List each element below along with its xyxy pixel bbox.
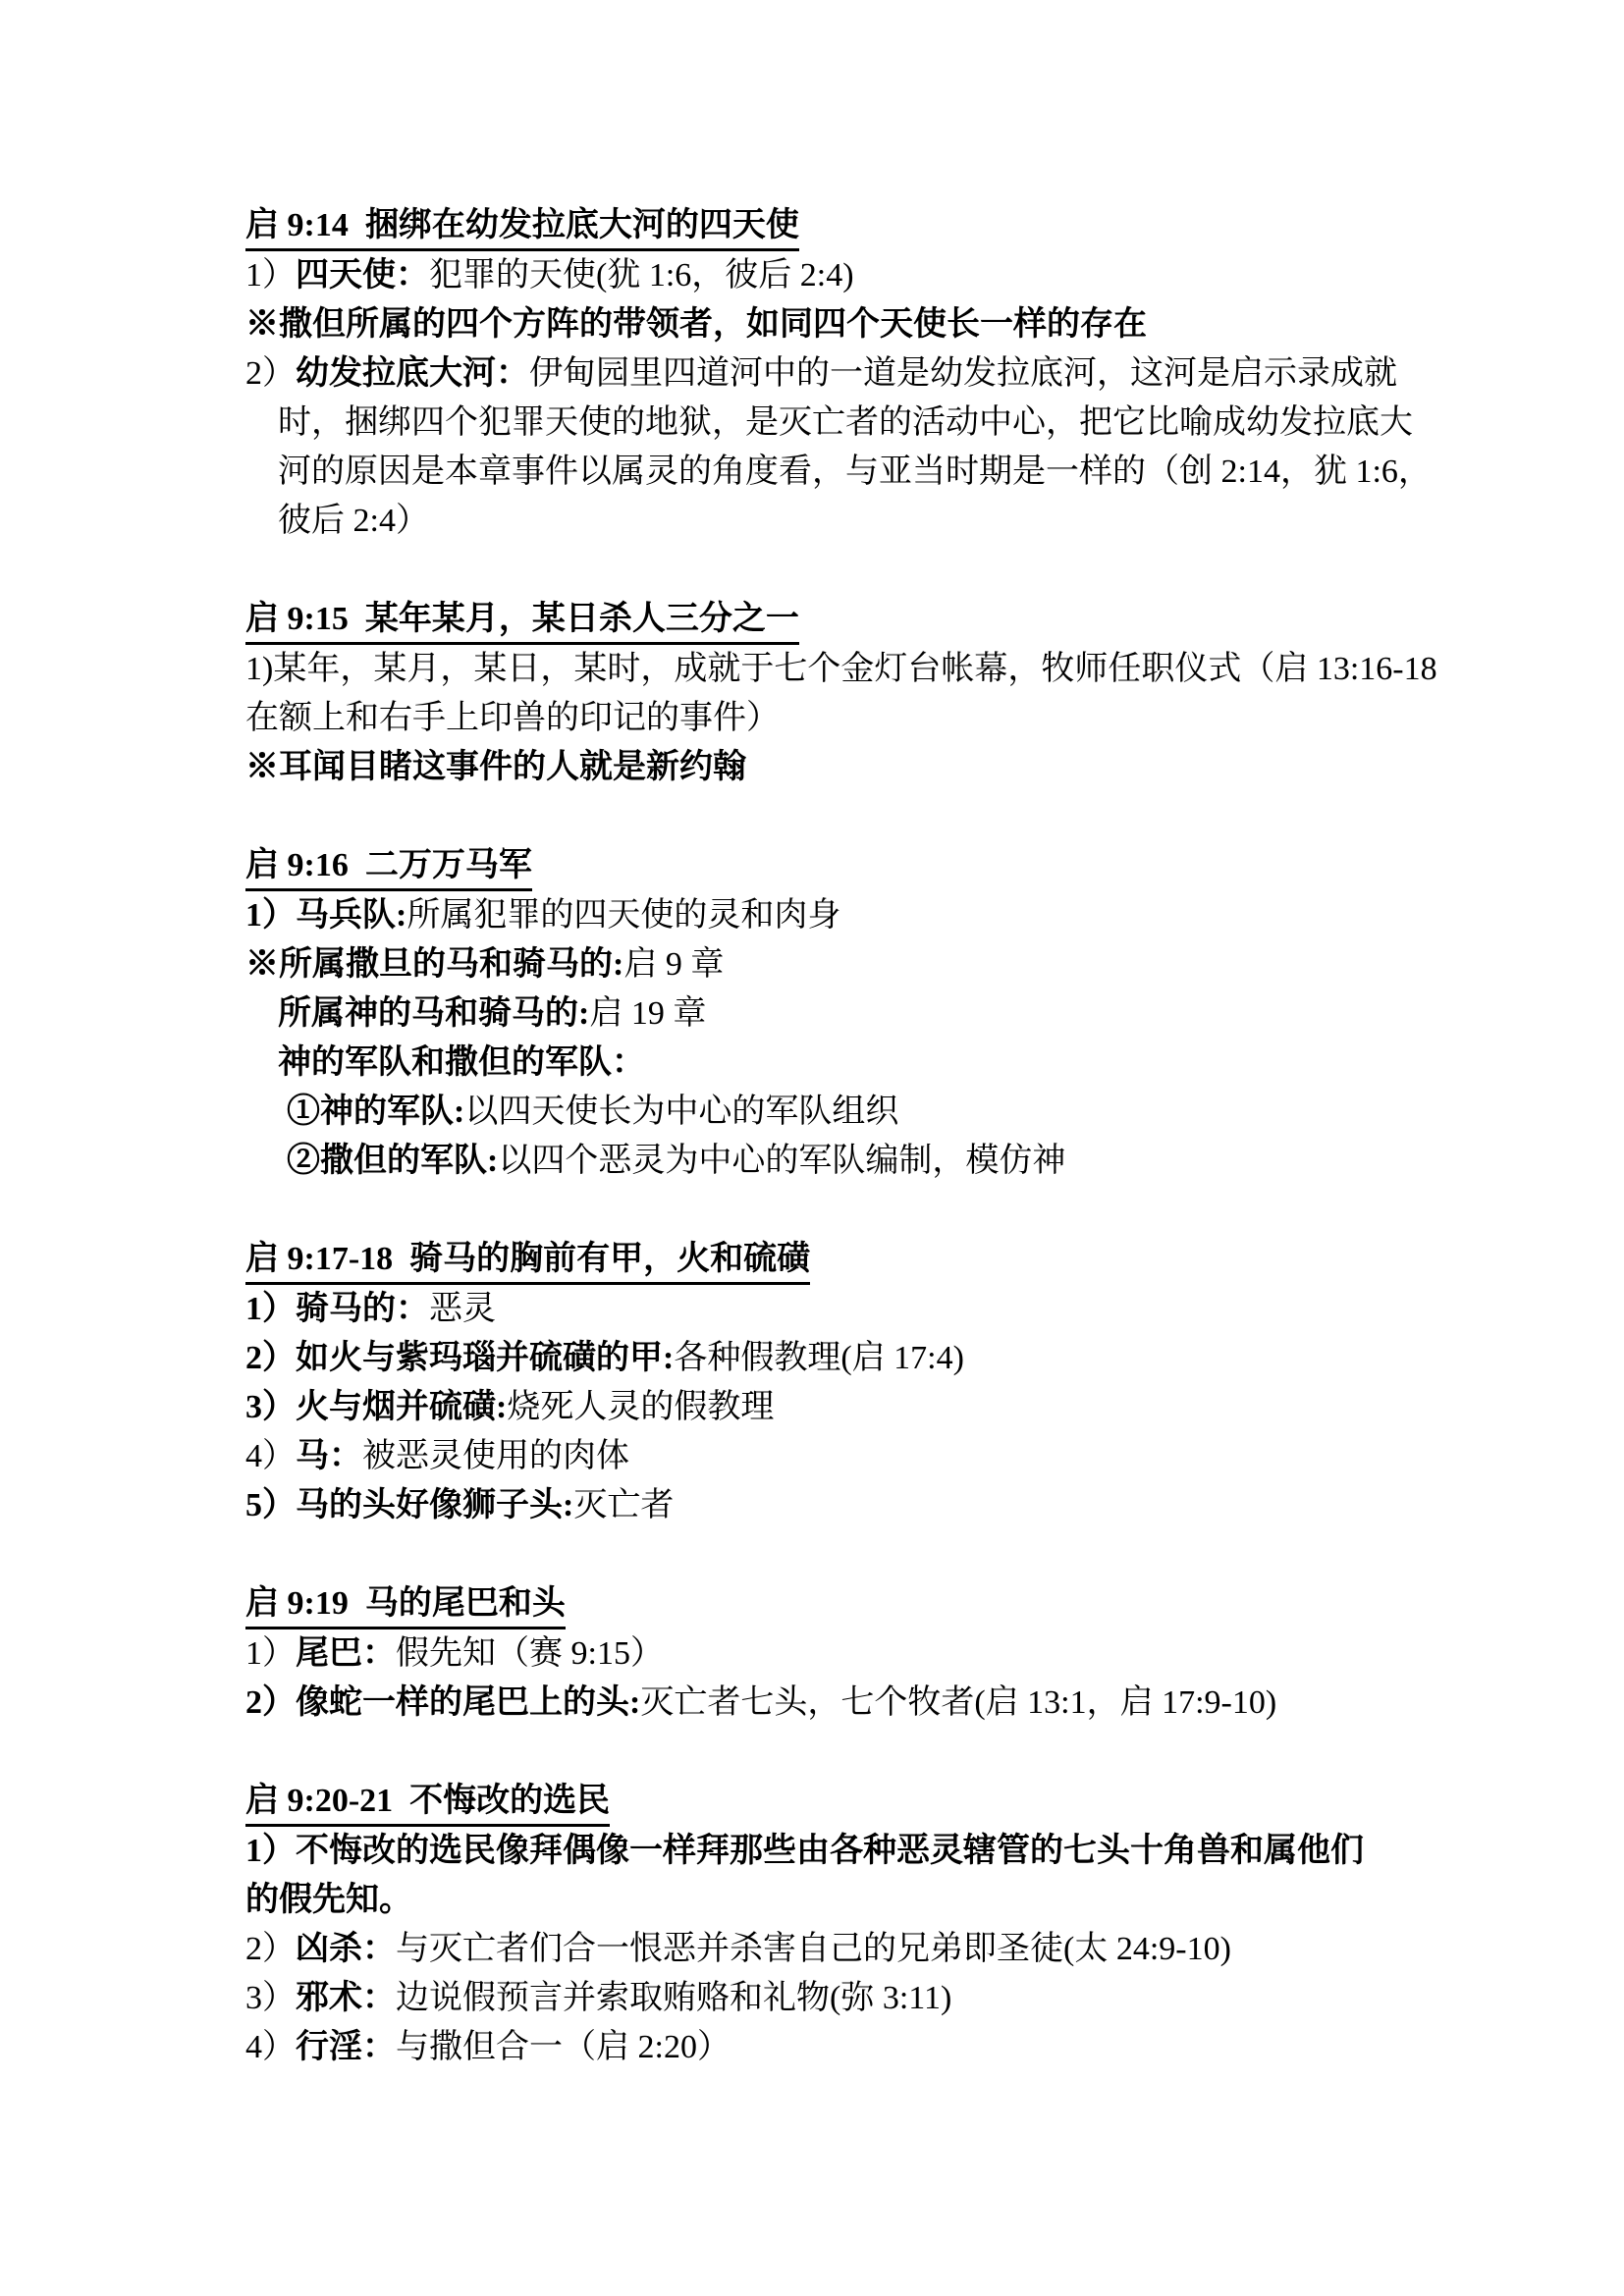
label-segment: ①神的军队:	[287, 1094, 464, 1130]
text-segment: 1）	[245, 1635, 296, 1672]
text-segment: 4）	[245, 1438, 296, 1474]
text-segment: 被恶灵使用的肉体	[362, 1438, 629, 1474]
text-segment: 以四天使长为中心的军队组织	[464, 1094, 898, 1130]
text-line: 时，捆绑四个犯罪天使的地狱，是灭亡者的活动中心，把它比喻成幼发拉底大	[245, 399, 1434, 448]
text-segment: 所属犯罪的四天使的灵和肉身	[406, 897, 840, 934]
text-line: 1)某年，某月，某日，某时，成就于七个金灯台帐幕，牧师任职仪式（启 13:16-…	[245, 645, 1434, 694]
text-line: 1）马兵队:所属犯罪的四天使的灵和肉身	[245, 891, 1434, 940]
label-segment: 1）不悔改的选民像拜偶像一样拜那些由各种恶灵辖管的七头十角兽和属他们	[245, 1833, 1364, 1869]
text-segment: 恶灵	[429, 1291, 496, 1327]
text-line: 所属神的马和骑马的:启 19 章	[245, 989, 1434, 1039]
text-segment: 时，捆绑四个犯罪天使的地狱，是灭亡者的活动中心，把它比喻成幼发拉底大	[278, 404, 1413, 441]
label-segment: 神的军队和撒但的军队：	[278, 1044, 645, 1081]
label-segment: 3）火与烟并硫磺:	[245, 1389, 507, 1425]
section-title-line: 启 9:17-18 骑马的胸前有甲，火和硫磺	[245, 1235, 1434, 1285]
text-line: 1）骑马的：恶灵	[245, 1285, 1434, 1334]
text-line: 彼后 2:4）	[245, 497, 1434, 546]
label-segment: 马：	[296, 1438, 362, 1474]
text-line: 3）邪术：边说假预言并索取贿赂和礼物(弥 3:11)	[245, 1974, 1434, 2023]
text-segment: 4）	[245, 2029, 296, 2065]
text-line: 的假先知。	[245, 1876, 1434, 1925]
label-segment: 邪术：	[296, 1980, 396, 2016]
text-segment: 1）	[245, 257, 296, 294]
text-line: ②撒但的军队:以四个恶灵为中心的军队编制，模仿神	[245, 1137, 1434, 1186]
label-segment: 1）骑马的：	[245, 1291, 429, 1327]
section-title-line: 启 9:20-21 不悔改的选民	[245, 1777, 1434, 1827]
text-segment: 灭亡者	[573, 1487, 674, 1523]
text-line: 4）行淫：与撒但合一（启 2:20）	[245, 2023, 1434, 2072]
text-line: 2）凶杀：与灭亡者们合一恨恶并杀害自己的兄弟即圣徒(太 24:9-10)	[245, 1925, 1434, 1974]
section-title: 启 9:16 二万万马军	[245, 846, 532, 891]
label-segment: 行淫：	[296, 2029, 396, 2065]
label-segment: 四天使：	[296, 257, 429, 294]
section-title: 启 9:20-21 不悔改的选民	[245, 1782, 610, 1827]
text-segment: 以四个恶灵为中心的军队编制，模仿神	[498, 1143, 1065, 1179]
text-segment: 灭亡者七头，七个牧者(启 13:1，启 17:9-10)	[640, 1684, 1276, 1721]
text-line: 2）像蛇一样的尾巴上的头:灭亡者七头，七个牧者(启 13:1，启 17:9-10…	[245, 1679, 1434, 1728]
text-segment: 与撒但合一（启 2:20）	[396, 2029, 731, 2065]
text-line: 1）尾巴：假先知（赛 9:15）	[245, 1629, 1434, 1679]
text-line: ※耳闻目睹这事件的人就是新约翰	[245, 743, 1434, 792]
document-content: 启 9:14 捆绑在幼发拉底大河的四天使1）四天使：犯罪的天使(犹 1:6，彼后…	[245, 201, 1434, 2072]
label-segment: 1）马兵队:	[245, 897, 406, 934]
text-segment: 与灭亡者们合一恨恶并杀害自己的兄弟即圣徒(太 24:9-10)	[396, 1931, 1231, 1967]
text-segment: 犯罪的天使(犹 1:6，彼后 2:4)	[429, 257, 854, 294]
text-line: 在额上和右手上印兽的印记的事件）	[245, 694, 1434, 743]
text-segment: 边说假预言并索取贿赂和礼物(弥 3:11)	[396, 1980, 951, 2016]
section-rev-9-17-18: 启 9:17-18 骑马的胸前有甲，火和硫磺1）骑马的：恶灵2）如火与紫玛瑙并硫…	[245, 1235, 1434, 1530]
text-segment: 彼后 2:4）	[278, 503, 429, 539]
text-segment: 1)某年，某月，某日，某时，成就于七个金灯台帐幕，牧师任职仪式（启 13:16-…	[245, 651, 1437, 687]
text-line: 神的军队和撒但的军队：	[245, 1039, 1434, 1088]
section-title-line: 启 9:19 马的尾巴和头	[245, 1579, 1434, 1629]
text-segment: 各种假教理(启 17:4)	[674, 1340, 964, 1376]
section-title: 启 9:14 捆绑在幼发拉底大河的四天使	[245, 206, 799, 251]
section-title-line: 启 9:14 捆绑在幼发拉底大河的四天使	[245, 201, 1434, 251]
text-line: 2）幼发拉底大河：伊甸园里四道河中的一道是幼发拉底河，这河是启示录成就	[245, 349, 1434, 399]
text-segment: 启 19 章	[589, 995, 706, 1032]
text-segment: 2）	[245, 1931, 296, 1967]
section-rev-9-20-21: 启 9:20-21 不悔改的选民1）不悔改的选民像拜偶像一样拜那些由各种恶灵辖管…	[245, 1777, 1434, 2072]
text-segment: 2）	[245, 355, 296, 392]
text-line: 2）如火与紫玛瑙并硫磺的甲:各种假教理(启 17:4)	[245, 1334, 1434, 1383]
text-line: 3）火与烟并硫磺:烧死人灵的假教理	[245, 1383, 1434, 1432]
section-title: 启 9:15 某年某月，某日杀人三分之一	[245, 600, 799, 645]
section-rev-9-15: 启 9:15 某年某月，某日杀人三分之一1)某年，某月，某日，某时，成就于七个金…	[245, 595, 1434, 792]
section-title: 启 9:17-18 骑马的胸前有甲，火和硫磺	[245, 1240, 810, 1285]
label-segment: 尾巴：	[296, 1635, 396, 1672]
label-segment: ※耳闻目睹这事件的人就是新约翰	[245, 749, 746, 785]
label-segment: ②撒但的军队:	[287, 1143, 498, 1179]
section-title: 启 9:19 马的尾巴和头	[245, 1584, 566, 1629]
text-segment: 假先知（赛 9:15）	[396, 1635, 664, 1672]
text-line: 1）不悔改的选民像拜偶像一样拜那些由各种恶灵辖管的七头十角兽和属他们	[245, 1827, 1434, 1876]
section-rev-9-16: 启 9:16 二万万马军1）马兵队:所属犯罪的四天使的灵和肉身※所属撒旦的马和骑…	[245, 841, 1434, 1186]
text-segment: 烧死人灵的假教理	[507, 1389, 774, 1425]
section-title-line: 启 9:16 二万万马军	[245, 841, 1434, 891]
text-line: ①神的军队:以四天使长为中心的军队组织	[245, 1088, 1434, 1137]
label-segment: 2）如火与紫玛瑙并硫磺的甲:	[245, 1340, 674, 1376]
text-line: ※所属撒旦的马和骑马的:启 9 章	[245, 940, 1434, 989]
text-segment: 河的原因是本章事件以属灵的角度看，与亚当时期是一样的（创 2:14，犹 1:6，	[278, 454, 1432, 490]
text-segment: 启 9 章	[623, 946, 724, 983]
section-rev-9-14: 启 9:14 捆绑在幼发拉底大河的四天使1）四天使：犯罪的天使(犹 1:6，彼后…	[245, 201, 1434, 546]
label-segment: 2）像蛇一样的尾巴上的头:	[245, 1684, 640, 1721]
label-segment: 的假先知。	[245, 1882, 412, 1918]
text-line: ※撒但所属的四个方阵的带领者，如同四个天使长一样的存在	[245, 300, 1434, 349]
text-segment: 在额上和右手上印兽的印记的事件）	[245, 700, 780, 736]
text-line: 河的原因是本章事件以属灵的角度看，与亚当时期是一样的（创 2:14，犹 1:6，	[245, 448, 1434, 497]
section-title-line: 启 9:15 某年某月，某日杀人三分之一	[245, 595, 1434, 645]
document-page: 启 9:14 捆绑在幼发拉底大河的四天使1）四天使：犯罪的天使(犹 1:6，彼后…	[0, 0, 1624, 2296]
label-segment: 所属神的马和骑马的:	[278, 995, 589, 1032]
text-segment: 3）	[245, 1980, 296, 2016]
text-segment: 伊甸园里四道河中的一道是幼发拉底河，这河是启示录成就	[529, 355, 1397, 392]
section-rev-9-19: 启 9:19 马的尾巴和头1）尾巴：假先知（赛 9:15）2）像蛇一样的尾巴上的…	[245, 1579, 1434, 1728]
label-segment: ※所属撒旦的马和骑马的:	[245, 946, 623, 983]
label-segment: 5）马的头好像狮子头:	[245, 1487, 573, 1523]
label-segment: ※撒但所属的四个方阵的带领者，如同四个天使长一样的存在	[245, 306, 1147, 343]
text-line: 4）马：被恶灵使用的肉体	[245, 1432, 1434, 1481]
text-line: 5）马的头好像狮子头:灭亡者	[245, 1481, 1434, 1530]
label-segment: 凶杀：	[296, 1931, 396, 1967]
label-segment: 幼发拉底大河：	[296, 355, 529, 392]
text-line: 1）四天使：犯罪的天使(犹 1:6，彼后 2:4)	[245, 251, 1434, 300]
